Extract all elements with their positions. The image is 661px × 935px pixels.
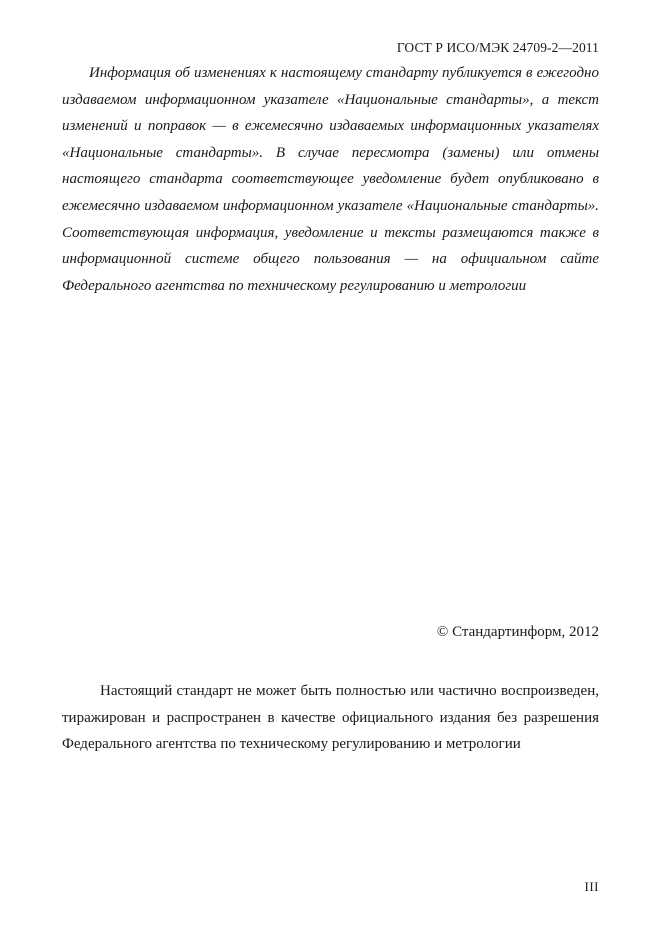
document-page: ГОСТ Р ИСО/МЭК 24709-2—2011 Информация о…: [0, 0, 661, 935]
standard-code-header: ГОСТ Р ИСО/МЭК 24709-2—2011: [397, 40, 599, 56]
copyright-line: © Стандартинформ, 2012: [437, 624, 599, 641]
amendments-notice-paragraph: Информация об изменениях к настоящему ст…: [62, 60, 599, 299]
reproduction-notice-paragraph: Настоящий стандарт не может быть полност…: [62, 678, 599, 758]
amendments-notice: Информация об изменениях к настоящему ст…: [62, 60, 599, 299]
page-number: III: [585, 879, 600, 895]
reproduction-notice: Настоящий стандарт не может быть полност…: [62, 678, 599, 758]
